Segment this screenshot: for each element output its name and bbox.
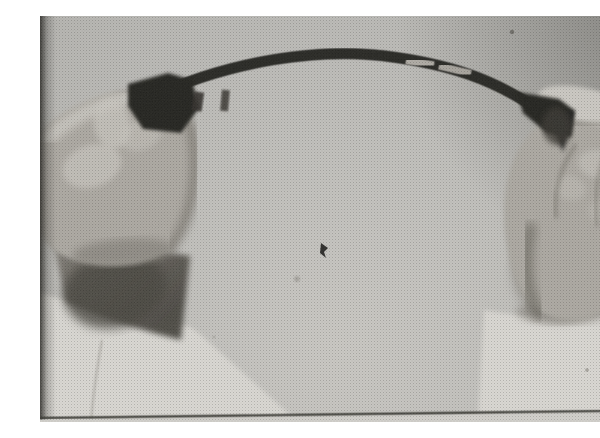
halftone-photo: Two hands bending a thin dark flexible s…: [40, 16, 600, 422]
photo-canvas: [40, 16, 600, 422]
film-grain: [40, 16, 600, 422]
